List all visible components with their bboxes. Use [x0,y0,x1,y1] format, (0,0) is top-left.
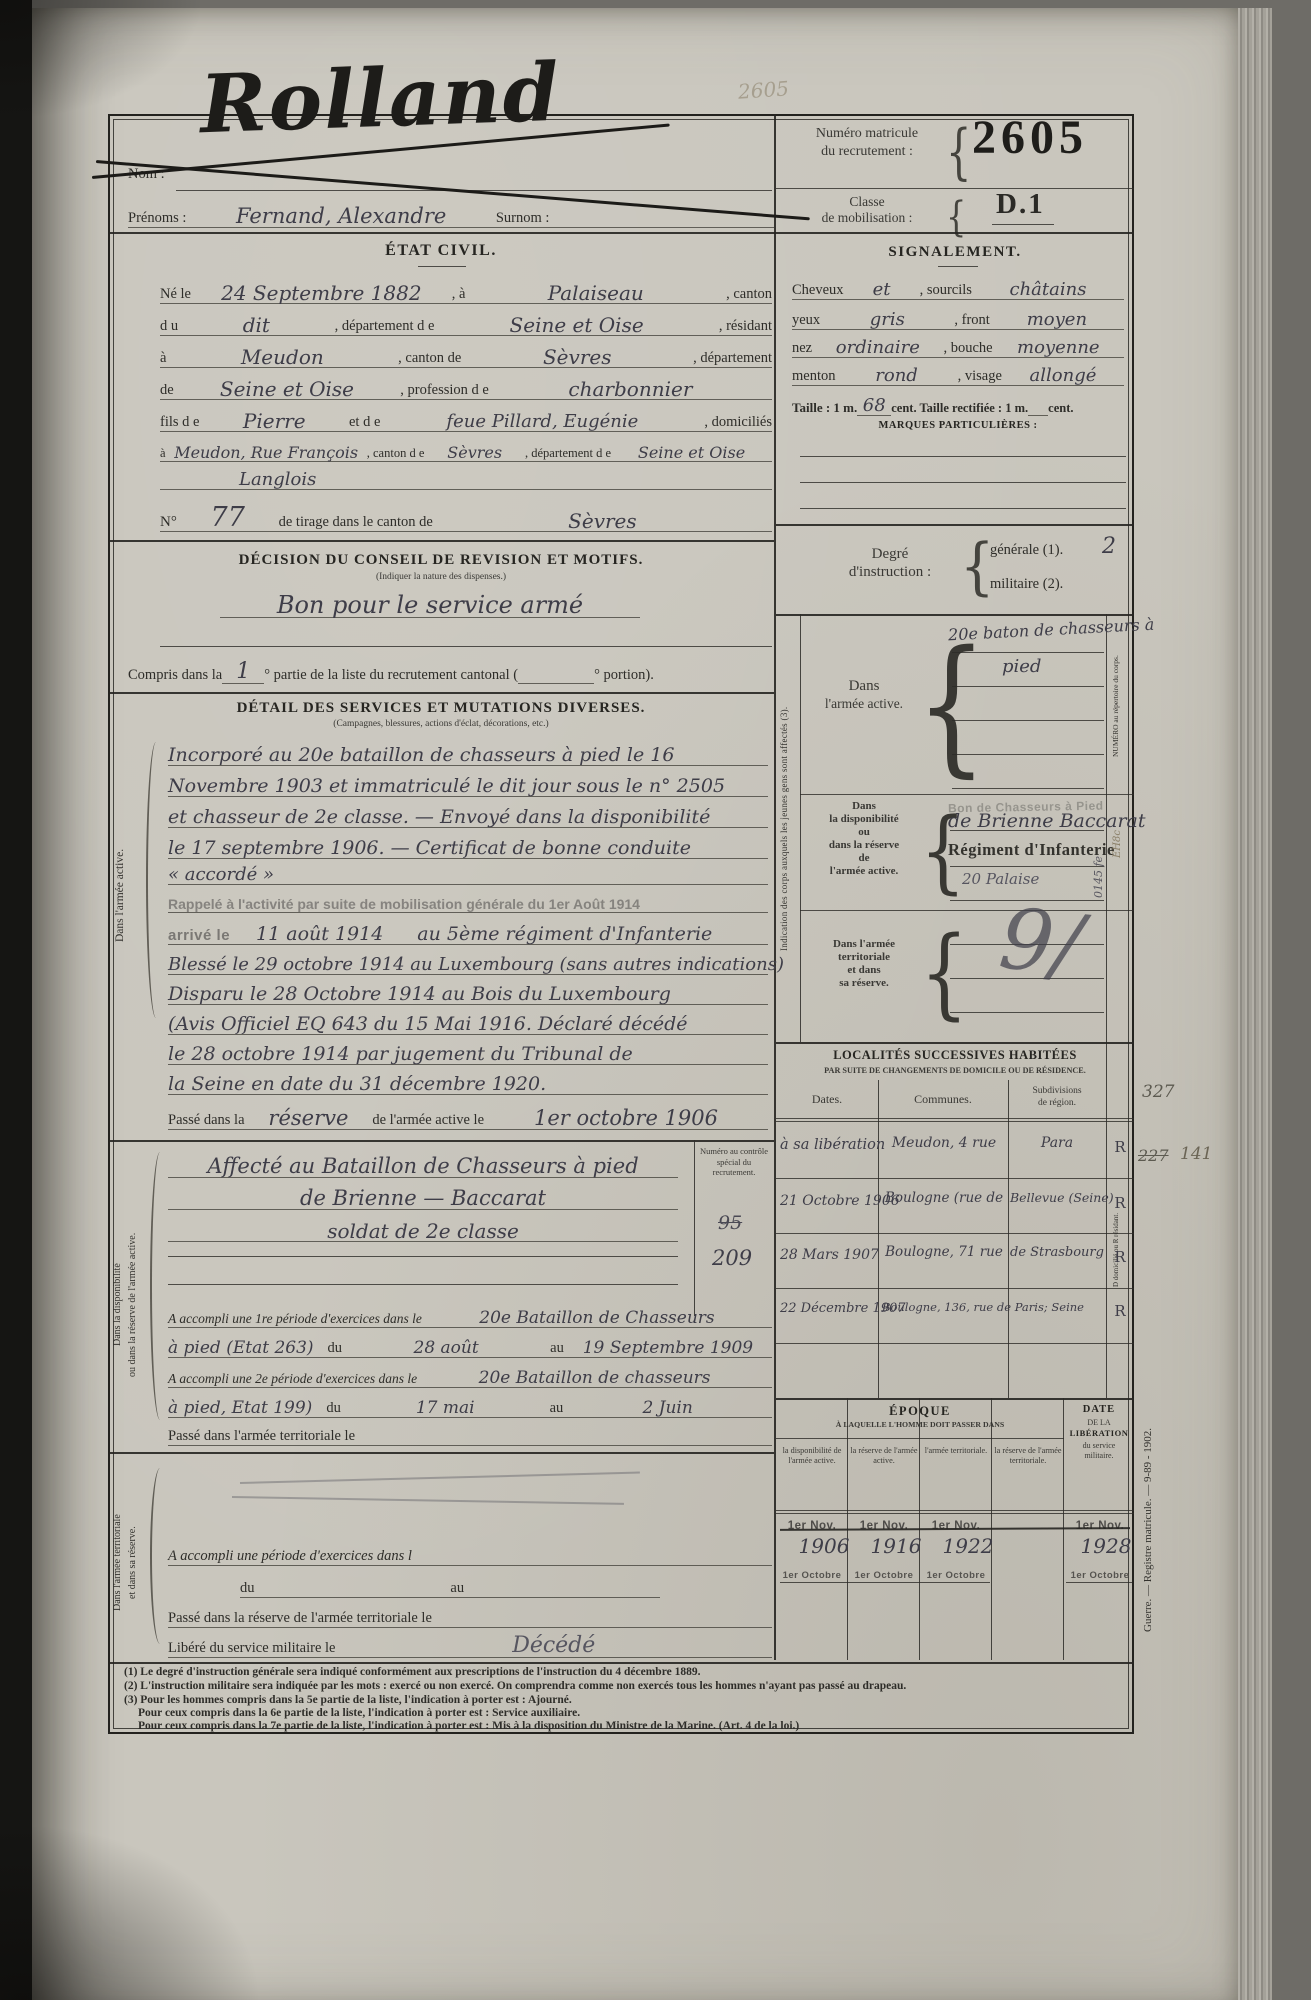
etat-civil-row: à Meudon , canton de Sèvres , départemen… [160,338,772,368]
footnote: (1) Le degré d'instruction générale sera… [124,1666,1124,1678]
signalement-row: nez ordinaire , bouche moyenne [792,330,1124,358]
corps-terr-label: Dans l'armée [806,938,922,950]
controle-box-line [694,1140,695,1316]
field-label: , département d e [335,318,435,335]
service-line: Incorporé au 20e bataillon de chasseurs … [168,736,768,766]
prenoms-value: Fernand, Alexandre [186,206,495,227]
field-label: fils d e [160,414,199,431]
margin-brace [146,742,166,1018]
field-label: Passé dans l'armée territoriale le [168,1428,355,1445]
field-value: 20e Bataillon de Chasseurs [422,1310,772,1327]
corps-dispo-label: l'armée active. [806,865,922,877]
field-label: ° partie de la liste du recrutement cant… [264,667,518,684]
decision-value-row: Bon pour le service armé [220,586,640,618]
periode2-row2: à pied, Etat 199) du 17 mai au 2 Juin [168,1390,772,1418]
service-text: Incorporé au 20e bataillon de chasseurs … [168,746,674,765]
classe-label2: de mobilisation : [788,210,946,226]
date-col-label4: du service [1064,1441,1134,1450]
localites-date: 21 Octobre 1906 [780,1194,876,1208]
arrive-stamp: arrivé le [168,927,230,944]
margin-brace [150,1468,170,1644]
ruled-line [950,1012,1104,1013]
compris-value: 1 [222,661,264,684]
matricule-number: 2605 [972,110,1088,165]
oct-underline [780,1582,990,1583]
margin-label-territoriale: Dans l'armée territoriale [112,1470,123,1655]
localites-dr: R [1108,1140,1132,1155]
controle-header: Numéro au contrôle spécial du recrutemen… [696,1146,772,1178]
corps-regiment-print: Régiment d'Infanterie [948,840,1115,860]
service-text: (Avis Officiel EQ 643 du 15 Mai 1916. Dé… [168,1015,688,1034]
field-label: A accompli une 2e période d'exercices da… [168,1371,417,1387]
signalement-row: menton rond , visage allongé [792,358,1124,386]
ruled-line [950,866,1104,867]
field-label: , canton [726,286,772,303]
etat-civil-row: Langlois [160,464,772,490]
instruction-militaire-label: militaire (2). [990,576,1063,593]
mobilisation-stamp: Rappelé à l'activité par suite de mobili… [168,896,640,912]
corner-shadow [0,1810,280,2000]
field-value: Sèvres [461,347,693,367]
page-stack-edges [1238,8,1272,2000]
service-line: Blessé le 29 octobre 1914 au Luxembourg … [168,947,768,975]
matricule-brace [946,118,971,187]
field-label: nez [792,340,812,357]
field-value: moyen [990,311,1124,329]
instruction-generale-label: générale (1). [990,542,1063,559]
field-label: , bouche [944,340,993,357]
field-value: réserve [245,1108,373,1129]
corps-strip-label: Indication des corps auxquels les jeunes… [779,622,789,1036]
date-col-label3: LIBÉRATION [1064,1428,1134,1438]
field-label: , sourcils [920,282,972,299]
etat-civil-row: Né le 24 Septembre 1882 , à Palaiseau , … [160,272,772,304]
date-col-label5: militaire. [1064,1451,1134,1460]
field-value: à pied, Etat 199) [168,1400,312,1417]
localites-date: 28 Mars 1907 [780,1248,876,1262]
margin-number-struck: 227 [1138,1146,1169,1165]
localites-commune: Boulogne, 71 rue [882,1246,1006,1260]
margin-label-armee-active: Dans l'armée active. [114,780,126,1010]
localites-commune: Boulogne (rue de [882,1192,1006,1206]
pencil-matricule-note: 2605 [737,76,789,103]
epoque-col-header: la réserve de l'armée active. [850,1446,918,1465]
field-value: châtains [972,281,1124,299]
localites-col-dates: Dates. [778,1092,876,1107]
marques-label: MARQUES PARTICULIÈRES : [792,420,1124,431]
field-value: charbonnier [489,379,772,399]
field-label: , domiciliés [704,414,772,431]
arrive-row: arrivé le 11 août 1914 au 5ème régiment … [168,915,768,945]
oct-stamp: 1er Octobre [1066,1570,1134,1581]
service-text: le 17 septembre 1906. — Certificat de bo… [168,839,691,858]
prenoms-label: Prénoms : [128,210,186,227]
field-value: 24 Septembre 1882 [191,283,452,303]
localites-vline [1008,1080,1009,1398]
localites-subdivision: Bellevue (Seine) [1010,1192,1104,1205]
field-label: du [240,1580,255,1597]
scanned-register-page: 2605 Nom : Rolland Prénoms : Fernand, Al… [0,0,1311,2000]
field-label: yeux [792,312,820,329]
field-value: à pied (Etat 263) [168,1340,314,1357]
footnote: (3) Pour les hommes compris dans la 5e p… [124,1694,1124,1706]
ruled-line [952,720,1104,721]
service-line: Novembre 1903 et immatriculé le dit jour… [168,767,768,797]
row-line [776,1178,1134,1179]
header-line [776,188,1134,189]
field-value: Pierre [199,411,349,431]
section-line [776,1042,1134,1044]
register-side-caption: Guerre. — Registre matricule. — 9-89 - 1… [1142,1395,1154,1665]
tirage-number: 77 [177,504,279,531]
localites-commune: Boulogne, 136, rue de Paris; Seine [882,1302,1102,1314]
book-spine-shadow [0,0,32,2000]
mobilisation-stamp-row: Rappelé à l'activité par suite de mobili… [168,887,768,913]
classe-underline [992,224,1054,225]
row-line [776,1343,1134,1344]
section-line [776,614,1134,616]
etat-civil-row: d u dit , département d e Seine et Oise … [160,306,772,336]
epoque-year: 1928 [1072,1536,1140,1556]
taille-value: 68 [857,397,891,416]
epoque-subheader-line [776,1510,1134,1511]
row-line [776,1233,1134,1234]
nov-stamp: 1er Nov. [922,1520,990,1532]
field-label: ° portion). [594,667,654,684]
margin-label-territoriale2: et dans sa réserve. [127,1480,138,1645]
signalement-title: SIGNALEMENT. [776,244,1134,261]
field-label: de tirage dans le canton de [279,514,433,531]
field-label: , front [954,312,989,329]
header-underline [776,1118,1134,1119]
affectation-text: de Brienne — Baccarat [168,1188,678,1209]
decision-value: Bon pour le service armé [220,593,640,617]
field-label: de [160,382,174,399]
section-line [110,1452,774,1454]
oct-stamp: 1er Octobre [850,1570,918,1581]
field-value: Palaiseau [465,283,726,303]
instruction-label2: d'instruction : [830,564,950,581]
field-label: N° [160,514,177,531]
field-label: du [328,1340,343,1357]
section-line [110,540,774,542]
field-label: A accompli une 1re période d'exercices d… [168,1311,422,1327]
localites-col-subdivisions2: de région. [1010,1098,1104,1108]
field-label: cent. Taille rectifiée : 1 m. [891,401,1028,416]
passe-territoriale-row: Passé dans l'armée territoriale le [168,1420,772,1446]
service-line: le 17 septembre 1906. — Certificat de bo… [168,829,768,859]
service-line: le 28 octobre 1914 par jugement du Tribu… [168,1037,768,1065]
field-label: Cheveux [792,282,844,299]
ruled-line [952,652,1104,653]
field-label: , canton de [398,350,461,367]
corps-dispo-label: ou [806,826,922,838]
localites-dr: R [1108,1250,1132,1265]
service-line: la Seine en date du 31 décembre 1920. [168,1067,768,1095]
footnote: Pour ceux compris dans la 6e partie de l… [138,1707,1124,1719]
epoque-year: 1916 [862,1536,930,1556]
service-line: (Avis Officiel EQ 643 du 15 Mai 1916. Dé… [168,1007,768,1035]
epoque-header-line [776,1438,1064,1439]
field-label: d u [160,318,178,335]
field-label: Libéré du service militaire le [168,1640,335,1657]
service-text: Novembre 1903 et immatriculé le dit jour… [168,777,725,796]
etat-civil-row: fils d e Pierre et d e feue Pillard, Eug… [160,402,772,432]
corps-margin-pencil: EH8c [1112,818,1123,870]
periode2-row: A accompli une 2e période d'exercices da… [168,1360,772,1388]
service-text: Blessé le 29 octobre 1914 au Luxembourg … [168,956,784,974]
epoque-title: ÉPOQUE [776,1404,1064,1419]
compris-row: Compris dans la 1 ° partie de la liste d… [128,654,774,684]
ruled-line [952,686,1104,687]
matricule-label: Numéro matricule [788,126,946,142]
box-divider [800,794,1134,795]
service-line: Disparu le 28 Octobre 1914 au Bois du Lu… [168,977,768,1005]
etat-civil-row: à Meudon, Rue François , canton d e Sèvr… [160,434,772,462]
corps-dispo-value2: 20 Palaise [962,872,1039,887]
libere-value: Décédé [335,1635,772,1657]
blank-line [168,1256,678,1257]
periode1-row: A accompli une 1re période d'exercices d… [168,1300,772,1328]
epoque-year: 1906 [790,1536,858,1556]
localites-subdivision: de Strasbourg [1010,1246,1104,1259]
footnote: (2) L'instruction militaire sera indiqué… [124,1680,1124,1692]
title-dash [418,266,466,267]
affectation-row: soldat de 2e classe [168,1212,678,1242]
margin-label-disponibilite2: ou dans la réserve de l'armée active. [127,1155,138,1455]
epoque-subheader-line [776,1513,1134,1514]
services-title: DÉTAIL DES SERVICES ET MUTATIONS DIVERSE… [141,700,741,717]
instruction-generale-value: 2 [1102,536,1116,558]
periode1-row2: à pied (Etat 263) du 28 août au 19 Septe… [168,1330,772,1358]
oct-underline [1066,1582,1132,1583]
blank-line [800,508,1126,509]
field-value: Meudon [166,347,398,367]
field-value: 20e Bataillon de chasseurs [417,1370,772,1387]
field-label: , canton d e [367,446,425,461]
matricule-label2: du recrutement : [788,144,946,160]
field-label: , visage [958,368,1002,385]
corps-dispo-label: dans la réserve [806,839,922,851]
affectation-text: soldat de 2e classe [168,1221,678,1241]
field-value: ordinaire [812,339,943,357]
epoque-col-header: la réserve de l'armée territoriale. [994,1446,1062,1465]
field-label: , profession d e [400,382,489,399]
service-text: la Seine en date du 31 décembre 1920. [168,1075,546,1094]
service-text: Disparu le 28 Octobre 1914 au Bois du Lu… [168,985,671,1004]
surnom-label: Surnom : [496,210,550,227]
affectation-text: Affecté au Bataillon de Chasseurs à pied [168,1156,678,1177]
localites-subtitle: PAR SUITE DE CHANGEMENTS DE DOMICILE OU … [776,1066,1134,1075]
prenoms-row: Prénoms : Fernand, Alexandre Surnom : [128,198,774,228]
service-text: « accordé » [168,866,274,884]
corps-active-label: Dans [806,678,922,695]
field-label: cent. [1048,401,1073,416]
row-line [776,1288,1134,1289]
instruction-label: Degré [830,546,950,563]
epoque-year: 1922 [934,1536,1002,1556]
epoque-col-header: la disponibilité de l'armée active. [778,1446,846,1465]
field-label: A accompli une période d'exercices dans … [168,1548,412,1565]
field-label: , département d e [525,446,611,461]
field-value: 28 août [342,1340,550,1357]
localites-col-communes: Communes. [880,1092,1006,1107]
classe-label: Classe [788,194,946,210]
ruled-line [952,788,1104,789]
corps-active-brace [916,620,987,792]
field-label: au [550,1340,564,1357]
field-label: Compris dans la [128,667,222,684]
localites-title: LOCALITÉS SUCCESSIVES HABITÉES [776,1048,1134,1063]
service-text: le 28 octobre 1914 par jugement du Tribu… [168,1045,633,1064]
field-label: Passé dans la [168,1112,245,1129]
localites-commune: Meudon, 4 rue [882,1136,1006,1150]
field-label: , département [693,350,772,367]
field-label: menton [792,368,836,385]
margin-number: 327 [1142,1082,1174,1102]
controle-value-struck: 95 [718,1214,742,1233]
field-value: et [844,281,920,299]
field-value: Seine et Oise [434,315,718,335]
nom-value: Rolland [199,52,562,145]
nov-stamp: 1er Nov. [1066,1520,1134,1532]
field-value: 2 Juin [563,1400,772,1417]
field-label: , à [452,286,466,303]
corps-dispo-label: la disponibilité [806,813,922,825]
corps-active-label2: l'armée active. [806,696,922,712]
footnote: Pour ceux compris dans la 7e partie de l… [138,1720,1124,1732]
field-value: 19 Septembre 1909 [564,1340,772,1357]
repertoire-label: NUMÉRO au répertoire du corps. [1111,622,1120,790]
field-value: Seine et Oise [174,379,401,399]
passe-reserve-row: Passé dans la réserve de l'armée active … [168,1100,768,1130]
affectation-row: de Brienne — Baccarat [168,1180,678,1210]
localites-date: à sa libération [780,1138,876,1153]
localites-subdivision: Para [1010,1136,1104,1150]
corps-terr-label: territoriale [806,951,922,963]
oct-stamp: 1er Octobre [778,1570,846,1581]
corps-terr-label: sa réserve. [806,977,922,989]
section-line [110,692,774,694]
corps-active-value2: pied [1002,658,1041,676]
libere-row: Libéré du service militaire le Décédé [168,1628,772,1658]
epoque-col-header: l'armée territoriale. [922,1446,990,1456]
field-value: Sèvres [424,445,525,461]
service-text: et chasseur de 2e classe. — Envoyé dans … [168,808,710,827]
corps-dispo-label: Dans [806,800,922,813]
territoriale-periode-row: A accompli une période d'exercices dans … [168,1540,772,1566]
signalement-row: Cheveux et , sourcils châtains [792,272,1124,300]
service-line: « accordé » [168,860,768,885]
footnote-divider [110,1662,1134,1664]
field-label: Taille : 1 m. [792,400,857,416]
margin-label-disponibilite: Dans la disponibilité [112,1180,123,1430]
header-underline [776,1121,1134,1122]
decision-title: DÉCISION DU CONSEIL DE REVISION ET MOTIF… [141,552,741,569]
corner-shadow [0,0,220,130]
date-col-label: DATE [1064,1404,1134,1415]
field-value: allongé [1002,367,1124,385]
field-value: gris [820,311,954,329]
field-value: moyenne [993,339,1124,357]
field-value: dit [178,315,334,335]
section-line [110,1140,774,1142]
classe-value: D.1 [996,188,1045,221]
field-value: Seine et Oise [611,445,772,461]
localites-col-subdivisions: Subdivisions [1010,1086,1104,1096]
date-col-label2: DE LA [1064,1418,1134,1427]
field-value: feue Pillard, Eugénie [380,413,704,431]
corps-terr-scrawl: 9/ [996,896,1086,988]
field-label: au [550,1400,564,1417]
affectation-row: Affecté au Bataillon de Chasseurs à pied [168,1148,678,1178]
passe-reserve-territoriale-row: Passé dans la réserve de l'armée territo… [168,1602,772,1628]
field-label: et d e [349,414,380,431]
epoque-subtitle: À LAQUELLE L'HOMME DOIT PASSER DANS [776,1420,1064,1429]
margin-number: 141 [1180,1144,1212,1164]
blank-line [800,456,1126,457]
field-value: 1er octobre 1906 [484,1108,768,1129]
field-value: Langlois [160,471,395,489]
blank-line [160,646,772,647]
taille-row: Taille : 1 m. 68 cent. Taille rectifiée … [792,388,1124,416]
arrive-unit: au 5ème régiment d'Infanterie [417,925,712,944]
field-value: Meudon, Rue François [166,445,367,461]
field-value: Sèvres [433,511,772,531]
oct-stamp: 1er Octobre [922,1570,990,1581]
field-label: de l'armée active le [372,1112,484,1129]
margin-brace [150,1152,170,1420]
field-label: du [326,1400,341,1417]
field-value: 17 mai [341,1400,550,1417]
localites-dr: R [1108,1196,1132,1211]
services-subtitle: (Campagnes, blessures, actions d'éclat, … [141,719,741,729]
etat-civil-row: de Seine et Oise , profession d e charbo… [160,370,772,400]
field-label: Passé dans la réserve de l'armée territo… [168,1610,432,1627]
service-line: et chasseur de 2e classe. — Envoyé dans … [168,798,768,828]
field-value: rond [836,367,958,385]
repertoire-col-line [1106,614,1107,1398]
corps-terr-label: et dans [806,964,922,976]
section-line [776,1398,1134,1400]
corps-dispo-value3: 0145 fe [1092,848,1105,906]
localites-vline [878,1080,879,1398]
localites-dr: R [1108,1304,1132,1319]
decision-subtitle: (Indiquer la nature des dispenses.) [141,572,741,582]
etat-civil-title: ÉTAT CIVIL. [241,242,641,260]
blank-line [800,482,1126,483]
territoriale-du-au-row: du au [240,1572,660,1598]
tirage-row: N° 77 de tirage dans le canton de Sèvres [160,496,772,532]
controle-value: 209 [712,1248,752,1269]
corps-strip-line [800,614,801,1042]
section-line [776,524,1134,526]
ruled-line [952,754,1104,755]
corps-dispo-label: de [806,852,922,864]
section-line [110,232,1134,234]
title-dash [938,266,978,267]
signalement-row: yeux gris , front moyen [792,302,1124,330]
localites-date: 22 Décembre 1907 [780,1302,876,1315]
arrive-date: 11 août 1914 [256,925,383,944]
field-label: , résidant [719,318,772,335]
blank-line [168,1284,678,1285]
field-label: Né le [160,286,191,303]
field-label: au [450,1580,464,1597]
